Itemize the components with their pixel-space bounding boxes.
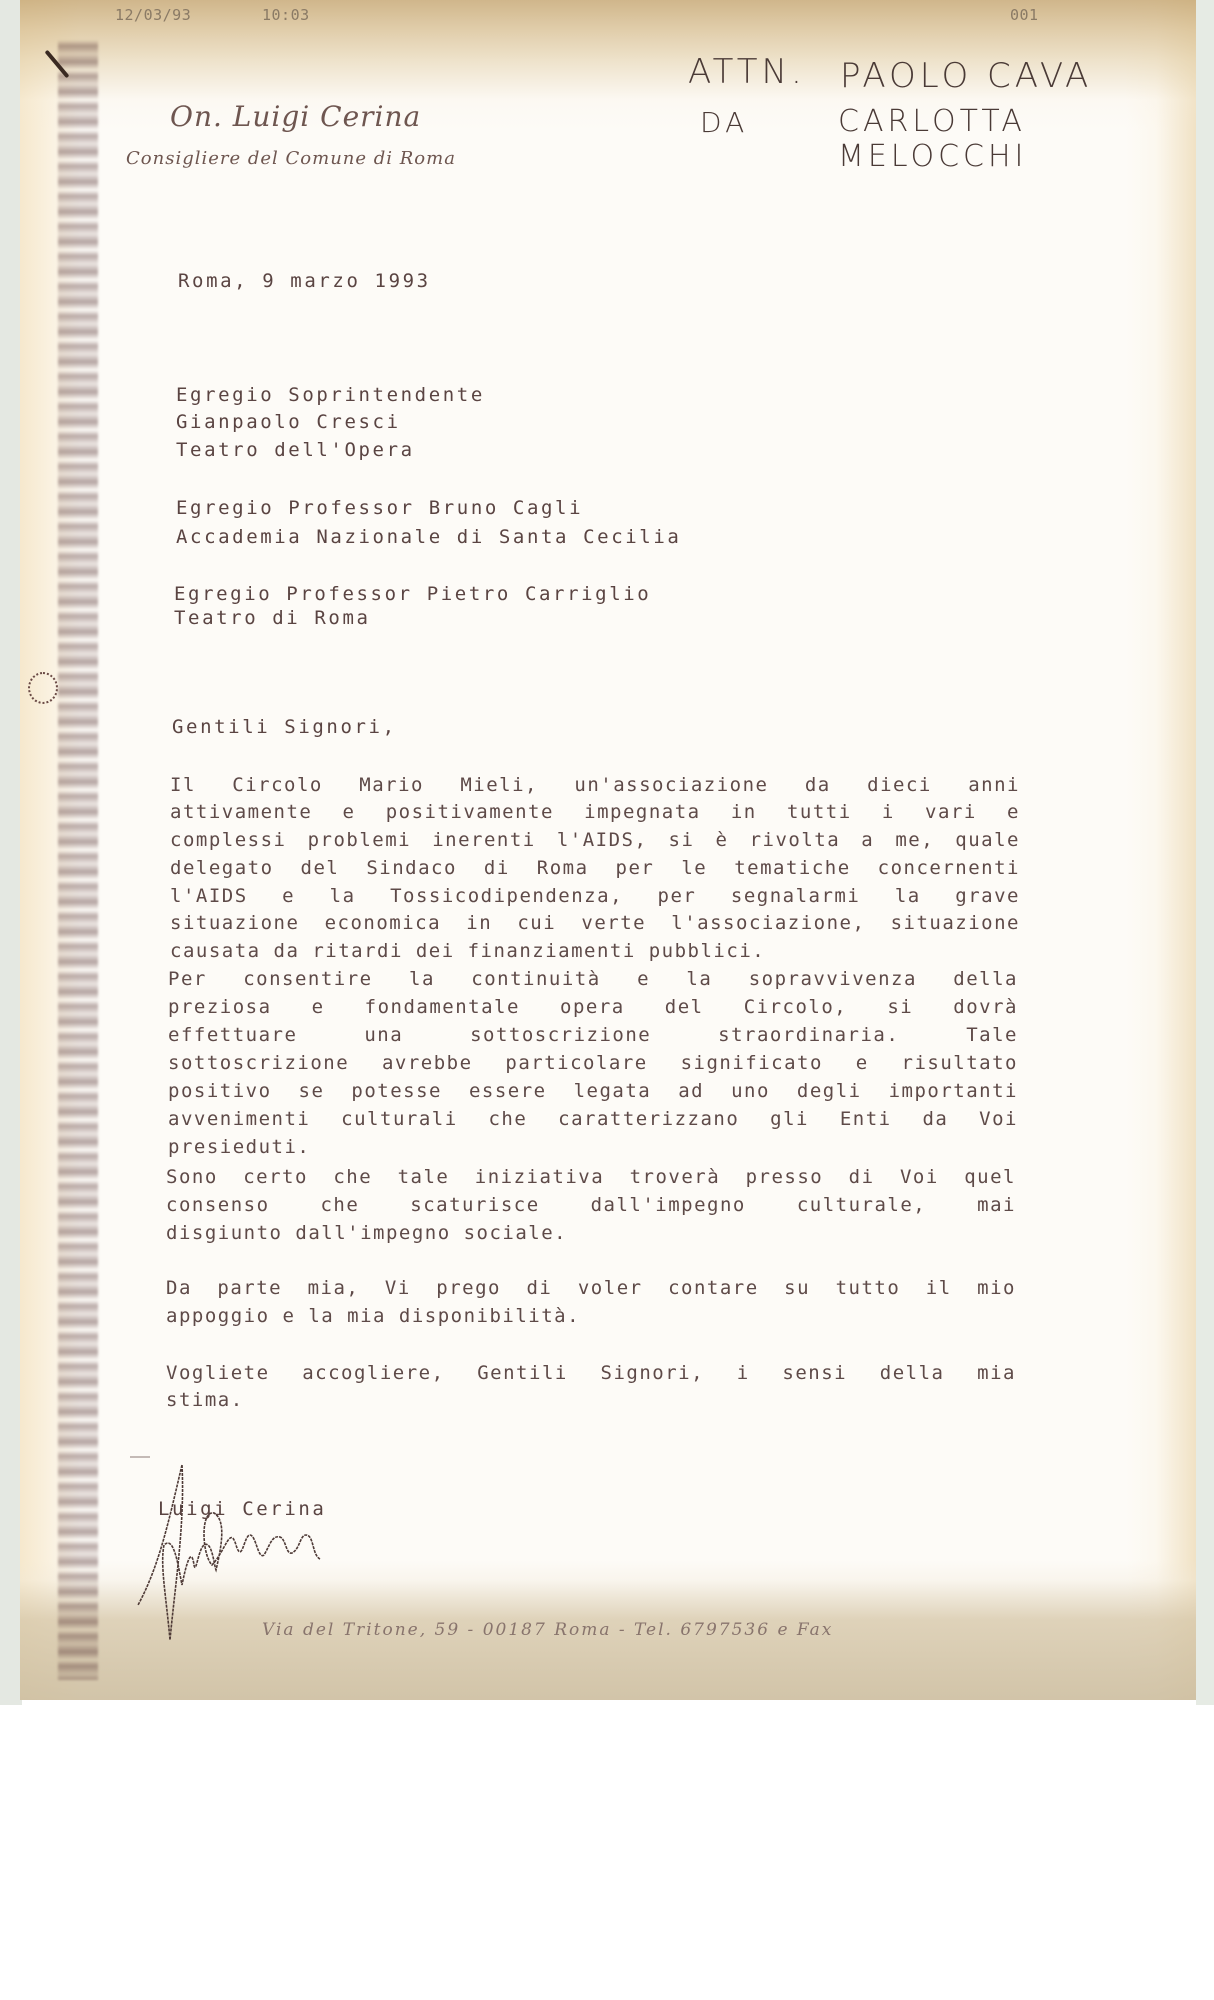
body-line: l'AIDS e la Tossicodipendenza, per segna… <box>170 885 1020 907</box>
handwritten-attn-name: PAOLO CAVA <box>840 56 1092 96</box>
recipient-line: Egregio Soprintendente <box>176 384 485 406</box>
recipient-line: Egregio Professor Bruno Cagli <box>176 497 583 519</box>
body-line: complessi problemi inerenti l'AIDS, si è… <box>170 829 1020 851</box>
place-date: Roma, 9 marzo 1993 <box>178 270 431 292</box>
recipient-line: Teatro di Roma <box>174 607 371 629</box>
body-line: stima. <box>166 1389 1016 1411</box>
body-line: appoggio e la mia disponibilità. <box>166 1305 1016 1327</box>
scan-right-margin <box>1196 0 1214 1705</box>
body-line: situazione economica in cui verte l'asso… <box>170 912 1020 934</box>
body-line: Vogliete accogliere, Gentili Signori, i … <box>166 1362 1016 1384</box>
letterhead-title: Consigliere del Comune di Roma <box>126 148 456 169</box>
body-line: effettuare una sottoscrizione straordina… <box>168 1024 1018 1046</box>
recipient-line: Accademia Nazionale di Santa Cecilia <box>176 526 681 548</box>
fax-page-number: 001 <box>1010 6 1039 24</box>
body-line: delegato del Sindaco di Roma per le tema… <box>170 857 1020 879</box>
body-line: causata da ritardi dei finanziamenti pub… <box>170 940 1020 962</box>
recipient-line: Teatro dell'Opera <box>176 439 415 461</box>
body-line: Il Circolo Mario Mieli, un'associazione … <box>170 774 1020 796</box>
recipient-line: Egregio Professor Pietro Carriglio <box>174 583 651 605</box>
punch-hole-icon <box>28 672 58 704</box>
body-line: avvenimenti culturali che caratterizzano… <box>168 1108 1018 1130</box>
body-line: Da parte mia, Vi prego di voler contare … <box>166 1277 1016 1299</box>
body-line: sottoscrizione avrebbe particolare signi… <box>168 1052 1018 1074</box>
fax-date: 12/03/93 <box>115 6 191 24</box>
body-line: preziosa e fondamentale opera del Circol… <box>168 996 1018 1018</box>
recipient-line: Gianpaolo Cresci <box>176 411 401 433</box>
letterhead-name: On. Luigi Cerina <box>170 100 421 133</box>
fax-time: 10:03 <box>262 6 310 24</box>
salutation: Gentili Signori, <box>172 716 397 738</box>
body-line: attivamente e positivamente impegnata in… <box>170 801 1020 823</box>
body-line: Sono certo che tale iniziativa troverà p… <box>166 1166 1016 1188</box>
fax-edge-noise <box>58 40 98 1680</box>
body-line: consenso che scaturisce dall'impegno cul… <box>166 1194 1016 1216</box>
handwritten-attn-prefix: ATTN. <box>688 52 806 92</box>
body-line: disgiunto dall'impegno sociale. <box>166 1222 1016 1244</box>
handwritten-from-prefix: DA <box>700 106 748 139</box>
signature-typed-name: Luigi Cerina <box>158 1498 326 1520</box>
body-line: Per consentire la continuità e la soprav… <box>168 968 1018 990</box>
body-line: presieduti. <box>168 1136 1018 1158</box>
handwritten-from-name: CARLOTTA MELOCCHI <box>838 104 1214 174</box>
letterhead-footer-address: Via del Tritone, 59 - 00187 Roma - Tel. … <box>262 1620 833 1640</box>
scan-left-margin <box>0 0 22 1705</box>
body-line: positivo se potesse essere legata ad uno… <box>168 1080 1018 1102</box>
